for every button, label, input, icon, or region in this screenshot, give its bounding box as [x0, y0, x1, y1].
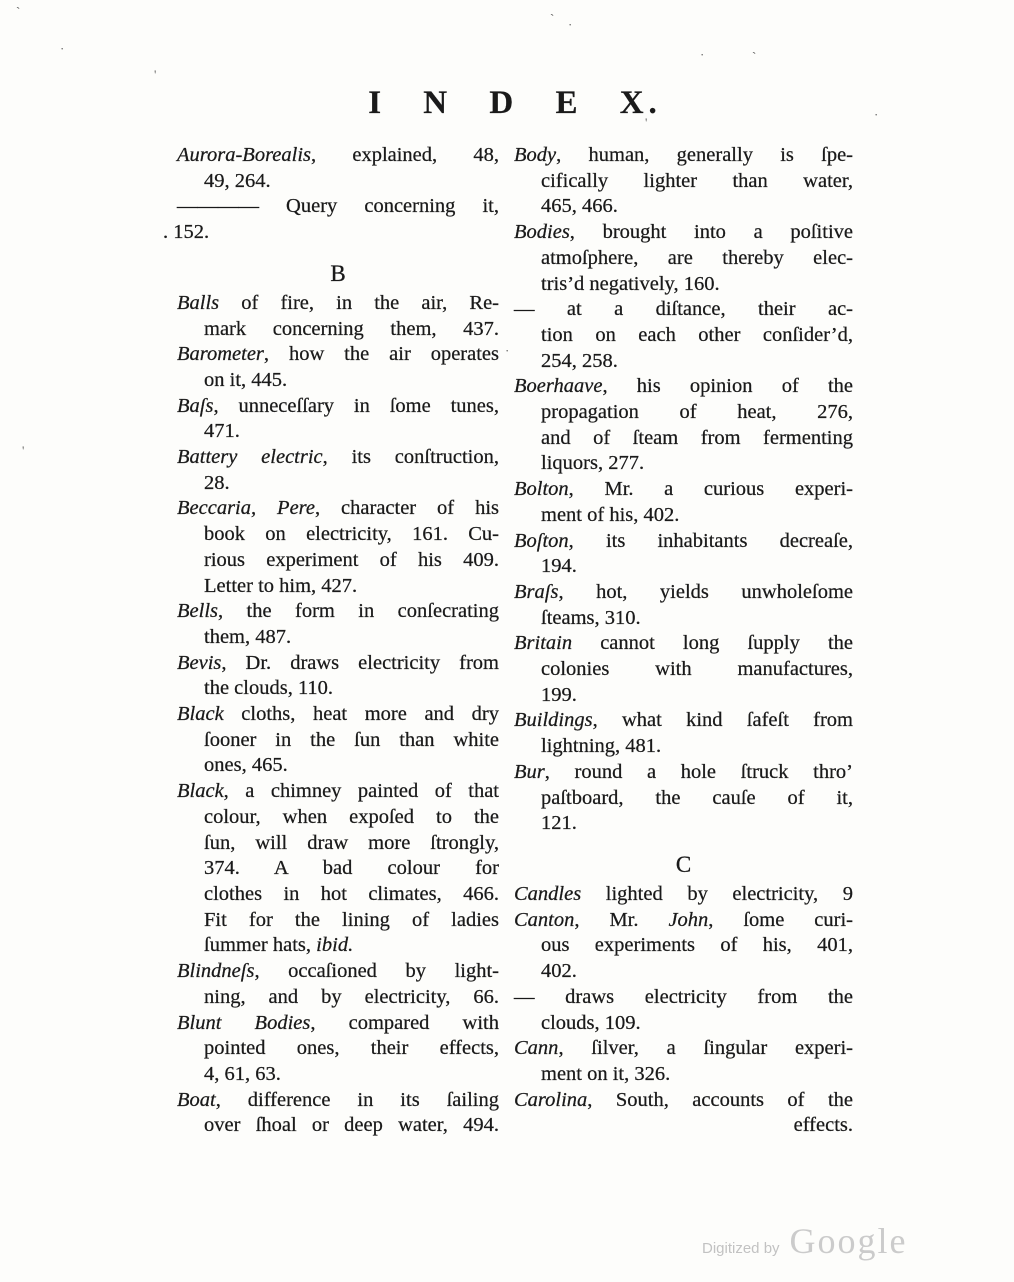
index-entry-line: Blindneſs, occaſioned by light- [177, 959, 499, 985]
entry-text: , its inhabitants decreaſe, [569, 530, 853, 552]
entry-text: pointed ones, their effects, [204, 1037, 499, 1059]
scan-speck: ' [645, 116, 647, 129]
index-entry-line: effects. [514, 1113, 853, 1139]
index-entry-line: — draws electricity from the [514, 985, 853, 1011]
entry-text: ones, 465. [204, 754, 288, 776]
index-entry-line: 374. A bad colour for [177, 856, 499, 882]
index-entry-line: atmoſphere, are thereby elec- [514, 246, 853, 272]
scan-speck: ` [16, 5, 20, 18]
index-entry-line: Boſton, its inhabitants decreaſe, [514, 529, 853, 555]
index-entry-line: ous experiments of his, 401, [514, 933, 853, 959]
index-entry-line: Aurora-Borealis, explained, 48, [177, 143, 499, 169]
entry-text: effects. [794, 1114, 853, 1136]
index-entry-line: 194. [514, 554, 853, 580]
index-entry-line: Black cloths, heat more and dry [177, 702, 499, 728]
headword-italic: Bur [514, 761, 545, 783]
index-entry-line: ſooner in the ſun than white [177, 728, 499, 754]
index-entry-line: Black, a chimney painted of that [177, 779, 499, 805]
index-entry-line: clouds, 109. [514, 1011, 853, 1037]
entry-text: — at a diſtance, their ac- [514, 298, 853, 320]
entry-text: , how the air operates [264, 343, 499, 365]
index-entry-line: 465, 466. [514, 194, 853, 220]
entry-text: ſteams, 310. [541, 607, 641, 629]
headword-italic: Bells [177, 600, 218, 622]
index-entry-line: ment on it, 326. [514, 1062, 853, 1088]
index-entry-line: cifically lighter than water, [514, 169, 853, 195]
index-entry-line: Battery electric, its conſtruction, [177, 445, 499, 471]
entry-text: , round a hole ſtruck thro’ [545, 761, 853, 783]
entry-text: cannot long ſupply the [572, 632, 853, 654]
index-entry: Body, human, generally is ſpe-cifically … [514, 143, 853, 220]
headword-italic: Cann [514, 1037, 558, 1059]
entry-text: tion on each other conſider’d, [541, 324, 853, 346]
headword-italic: Candles [514, 883, 581, 905]
index-entry-line: Candles lighted by electricity, 9 [514, 882, 853, 908]
headword-italic: Britain [514, 632, 572, 654]
index-entry-line: 121. [514, 811, 853, 837]
headword-italic: Aurora-Borealis [177, 144, 311, 166]
index-entry-line: book on electricity, 161. Cu- [177, 522, 499, 548]
index-entry-line: ſun, will draw more ſtrongly, [177, 831, 499, 857]
entry-text: of fire, in the air, Re- [219, 292, 499, 314]
entry-text: tris’d negatively, 160. [541, 273, 720, 295]
page-title: I N D E X. [177, 84, 853, 122]
entry-text: liquors, 277. [541, 452, 644, 474]
index-entry-line: Bolton, Mr. a curious experi- [514, 477, 853, 503]
index-entry-line: over ſhoal or deep water, 494. [177, 1113, 499, 1139]
headword-italic: Buildings [514, 709, 593, 731]
index-entry: Braſs, hot, yields unwholeſomeſteams, 31… [514, 580, 853, 631]
index-entry-line: 199. [514, 683, 853, 709]
entry-text: colonies with manufactures, [541, 658, 853, 680]
index-columns: Aurora-Borealis, explained, 48,49, 264.—… [177, 143, 853, 1139]
entry-text: paſtboard, the cauſe of it, [541, 787, 853, 809]
index-entry: Boat, difference in its ſailingover ſhoa… [177, 1088, 499, 1139]
headword-italic: Barometer [177, 343, 264, 365]
index-entry: Baſs, unneceſſary in ſome tunes,471. [177, 394, 499, 445]
entry-text: , human, generally is ſpe- [556, 144, 853, 166]
entry-text: 374. A bad colour for [204, 857, 499, 879]
index-entry-line: Fit for the lining of ladies [177, 908, 499, 934]
entry-text: mark concerning them, 437. [204, 318, 499, 340]
entry-text: rious experiment of his 409. [204, 549, 499, 571]
scan-speck: · [700, 48, 704, 61]
entry-text: ous experiments of his, 401, [541, 934, 853, 956]
section-heading: B [177, 261, 499, 287]
entry-text: , its conſtruction, [323, 446, 499, 468]
index-entry-line: — at a diſtance, their ac- [514, 297, 853, 323]
entry-text: 254, 258. [541, 350, 618, 372]
index-entry-line: Bur, round a hole ſtruck thro’ [514, 760, 853, 786]
headword-italic: Bodies [514, 221, 570, 243]
index-entry-line: tris’d negatively, 160. [514, 272, 853, 298]
headword-italic: Body [514, 144, 556, 166]
entry-text: cifically lighter than water, [541, 170, 853, 192]
index-entry-line: pointed ones, their effects, [177, 1036, 499, 1062]
entry-text: , compared with [310, 1012, 499, 1034]
entry-text: cloths, heat more and dry [224, 703, 499, 725]
scan-speck: ' [22, 444, 24, 457]
index-entry: Bells, the form in conſecratingthem, 487… [177, 599, 499, 650]
index-entry-line: paſtboard, the cauſe of it, [514, 786, 853, 812]
index-entry-line: colonies with manufactures, [514, 657, 853, 683]
index-entry-line: Canton, Mr. John, ſome curi- [514, 908, 853, 934]
index-entry-line: Boerhaave, his opinion of the [514, 374, 853, 400]
index-column-left: Aurora-Borealis, explained, 48,49, 264.—… [177, 143, 499, 1139]
entry-text: propagation of heat, 276, [541, 401, 853, 423]
index-entry-line: Bodies, brought into a poſitive [514, 220, 853, 246]
scan-speck: · [874, 108, 878, 121]
headword-italic: John [668, 909, 708, 931]
entry-text: , what kind ſafeſt from [593, 709, 853, 731]
entry-text: lighted by electricity, 9 [581, 883, 853, 905]
index-entry: Candles lighted by electricity, 9 [514, 882, 853, 908]
index-entry-line: mark concerning them, 437. [177, 317, 499, 343]
headword-italic: Braſs [514, 581, 558, 603]
entry-text: ſooner in the ſun than white [204, 729, 499, 751]
headword-italic: Bevis [177, 652, 221, 674]
entry-text: ſummer hats, [204, 934, 316, 956]
index-entry-line: ———— Query concerning it, [177, 194, 499, 220]
index-entry-line: 49, 264. [177, 169, 499, 195]
page-content: I N D E X. Aurora-Borealis, explained, 4… [177, 84, 853, 1139]
index-entry-line: ones, 465. [177, 753, 499, 779]
index-entry-line: ſummer hats, ibid. [177, 933, 499, 959]
entry-text: 471. [204, 420, 240, 442]
entry-text: , South, accounts of the [587, 1089, 853, 1111]
index-entry-line: Body, human, generally is ſpe- [514, 143, 853, 169]
index-entry-line: them, 487. [177, 625, 499, 651]
index-entry: Boſton, its inhabitants decreaſe,194. [514, 529, 853, 580]
index-entry-line: 254, 258. [514, 349, 853, 375]
entry-text: , a chimney painted of that [224, 780, 499, 802]
entry-text: 49, 264. [204, 170, 271, 192]
headword-italic: Canton [514, 909, 574, 931]
index-entry: Cann, ſilver, a ſingular experi-ment on … [514, 1036, 853, 1087]
entry-text: , ſome curi- [708, 909, 853, 931]
index-entry-line: 28. [177, 471, 499, 497]
entry-text: , difference in its ſailing [216, 1089, 499, 1111]
headword-italic: Boerhaave [514, 375, 602, 397]
entry-text: , explained, 48, [311, 144, 499, 166]
entry-text: over ſhoal or deep water, 494. [204, 1114, 499, 1136]
index-entry-line: Barometer, how the air operates [177, 342, 499, 368]
entry-text: ſun, will draw more ſtrongly, [204, 832, 499, 854]
headword-italic: Blindneſs [177, 960, 254, 982]
entry-text: 28. [204, 472, 230, 494]
headword-italic: Black [177, 780, 224, 802]
index-entry: Black, a chimney painted of thatcolour, … [177, 779, 499, 959]
index-entry: Barometer, how the air operateson it, 44… [177, 342, 499, 393]
entry-text: them, 487. [204, 626, 291, 648]
index-entry: Aurora-Borealis, explained, 48,49, 264. [177, 143, 499, 194]
index-entry-line: clothes in hot climates, 466. [177, 882, 499, 908]
index-entry: — draws electricity from theclouds, 109. [514, 985, 853, 1036]
entry-text: , occaſioned by light- [254, 960, 499, 982]
index-entry: — at a diſtance, their ac-tion on each o… [514, 297, 853, 374]
entry-text: , brought into a poſitive [570, 221, 853, 243]
index-entry-line: Beccaria, Pere, character of his [177, 496, 499, 522]
headword-italic: Carolina [514, 1089, 587, 1111]
index-entry-line: Buildings, what kind ſafeſt from [514, 708, 853, 734]
entry-text: clouds, 109. [541, 1012, 641, 1034]
entry-text: the clouds, 110. [204, 677, 333, 699]
index-entry-line: 402. [514, 959, 853, 985]
index-entry-line: rious experiment of his 409. [177, 548, 499, 574]
index-entry-line: Braſs, hot, yields unwholeſome [514, 580, 853, 606]
entry-text: 121. [541, 812, 577, 834]
index-entry-line: 471. [177, 419, 499, 445]
scan-speck: · [505, 344, 509, 357]
entry-text: . 152. [163, 221, 209, 243]
google-logo: Google [790, 1220, 908, 1262]
entry-text: and of ſteam from fermenting [541, 427, 853, 449]
entry-text: Fit for the lining of ladies [204, 909, 499, 931]
index-entry-line: Letter to him, 427. [177, 574, 499, 600]
index-entry-line: liquors, 277. [514, 451, 853, 477]
index-entry-line: Cann, ſilver, a ſingular experi- [514, 1036, 853, 1062]
index-entry: Bolton, Mr. a curious experi-ment of his… [514, 477, 853, 528]
entry-text: clothes in hot climates, 466. [204, 883, 499, 905]
entry-text: 465, 466. [541, 195, 618, 217]
index-entry-line: colour, when expoſed to the [177, 805, 499, 831]
headword-italic: Baſs [177, 395, 213, 417]
index-entry-line: tion on each other conſider’d, [514, 323, 853, 349]
index-entry-line: Bevis, Dr. draws electricity from [177, 651, 499, 677]
index-entry-line: lightning, 481. [514, 734, 853, 760]
index-entry: Bevis, Dr. draws electricity fromthe clo… [177, 651, 499, 702]
index-entry-line: ment of his, 402. [514, 503, 853, 529]
scanned-book-page: I N D E X. Aurora-Borealis, explained, 4… [0, 0, 1014, 1282]
headword-italic: ibid. [316, 934, 353, 956]
headword-italic: Balls [177, 292, 219, 314]
entry-text: , the form in conſecrating [218, 600, 499, 622]
index-entry-line: Blunt Bodies, compared with [177, 1011, 499, 1037]
index-entry: Boerhaave, his opinion of thepropagation… [514, 374, 853, 477]
entry-text: lightning, 481. [541, 735, 661, 757]
index-entry-line: 4, 61, 63. [177, 1062, 499, 1088]
headword-italic: Beccaria, Pere [177, 497, 315, 519]
index-entry: Bur, round a hole ſtruck thro’paſtboard,… [514, 760, 853, 837]
index-entry: Black cloths, heat more and dryſooner in… [177, 702, 499, 779]
entry-text: 402. [541, 960, 577, 982]
entry-text: , his opinion of the [602, 375, 853, 397]
entry-text: colour, when expoſed to the [204, 806, 499, 828]
index-column-right: Body, human, generally is ſpe-cifically … [514, 143, 853, 1139]
index-entry: Battery electric, its conſtruction,28. [177, 445, 499, 496]
entry-text: Letter to him, 427. [204, 575, 357, 597]
entry-text: ment of his, 402. [541, 504, 679, 526]
entry-text: ning, and by electricity, 66. [204, 986, 499, 1008]
index-entry: Beccaria, Pere, character of hisbook on … [177, 496, 499, 599]
scan-speck: ` [550, 12, 554, 25]
index-entry: ———— Query concerning it,. 152. [177, 194, 499, 245]
index-entry-line: . 152. [163, 220, 499, 246]
entry-text: ment on it, 326. [541, 1063, 670, 1085]
entry-text: 194. [541, 555, 577, 577]
index-entry-line: Britain cannot long ſupply the [514, 631, 853, 657]
index-entry-line: Baſs, unneceſſary in ſome tunes, [177, 394, 499, 420]
index-entry: Carolina, South, accounts of theeffects. [514, 1088, 853, 1139]
headword-italic: Boſton [514, 530, 569, 552]
entry-text: , Dr. draws electricity from [221, 652, 499, 674]
entry-text: — draws electricity from the [514, 986, 853, 1008]
entry-text: , Mr. [574, 909, 668, 931]
index-entry-line: Balls of fire, in the air, Re- [177, 291, 499, 317]
digitized-watermark: Digitized by Google [702, 1220, 908, 1262]
entry-text: 199. [541, 684, 577, 706]
entry-text: , unneceſſary in ſome tunes, [213, 395, 499, 417]
index-entry-line: ning, and by electricity, 66. [177, 985, 499, 1011]
entry-text: book on electricity, 161. Cu- [204, 523, 499, 545]
headword-italic: Battery electric [177, 446, 323, 468]
scan-speck: ` [752, 50, 756, 63]
entry-text: , ſilver, a ſingular experi- [558, 1037, 853, 1059]
scan-speck: · [568, 18, 572, 31]
entry-text: 4, 61, 63. [204, 1063, 281, 1085]
entry-text: ———— Query concerning it, [177, 195, 499, 217]
index-entry-line: the clouds, 110. [177, 676, 499, 702]
index-entry-line: Bells, the form in conſecrating [177, 599, 499, 625]
scan-speck: · [60, 42, 64, 55]
index-entry-line: on it, 445. [177, 368, 499, 394]
index-entry: Bodies, brought into a poſitiveatmoſpher… [514, 220, 853, 297]
index-entry-line: ſteams, 310. [514, 606, 853, 632]
index-entry: Balls of fire, in the air, Re-mark conce… [177, 291, 499, 342]
entry-text: on it, 445. [204, 369, 287, 391]
index-entry: Canton, Mr. John, ſome curi-ous experime… [514, 908, 853, 985]
entry-text: , character of his [315, 497, 499, 519]
index-entry: Blunt Bodies, compared withpointed ones,… [177, 1011, 499, 1088]
headword-italic: Boat [177, 1089, 216, 1111]
index-entry: Britain cannot long ſupply thecolonies w… [514, 631, 853, 708]
section-heading: C [514, 852, 853, 878]
index-entry-line: Boat, difference in its ſailing [177, 1088, 499, 1114]
headword-italic: Black [177, 703, 224, 725]
entry-text: , hot, yields unwholeſome [558, 581, 853, 603]
headword-italic: Blunt Bodies [177, 1012, 310, 1034]
scan-speck: ' [154, 68, 156, 81]
index-entry: Buildings, what kind ſafeſt fromlightnin… [514, 708, 853, 759]
entry-text: atmoſphere, are thereby elec- [541, 247, 853, 269]
headword-italic: Bolton [514, 478, 569, 500]
index-entry-line: propagation of heat, 276, [514, 400, 853, 426]
entry-text: , Mr. a curious experi- [569, 478, 853, 500]
watermark-prefix-label: Digitized by [702, 1240, 780, 1257]
index-entry-line: Carolina, South, accounts of the [514, 1088, 853, 1114]
index-entry-line: and of ſteam from fermenting [514, 426, 853, 452]
index-entry: Blindneſs, occaſioned by light-ning, and… [177, 959, 499, 1010]
